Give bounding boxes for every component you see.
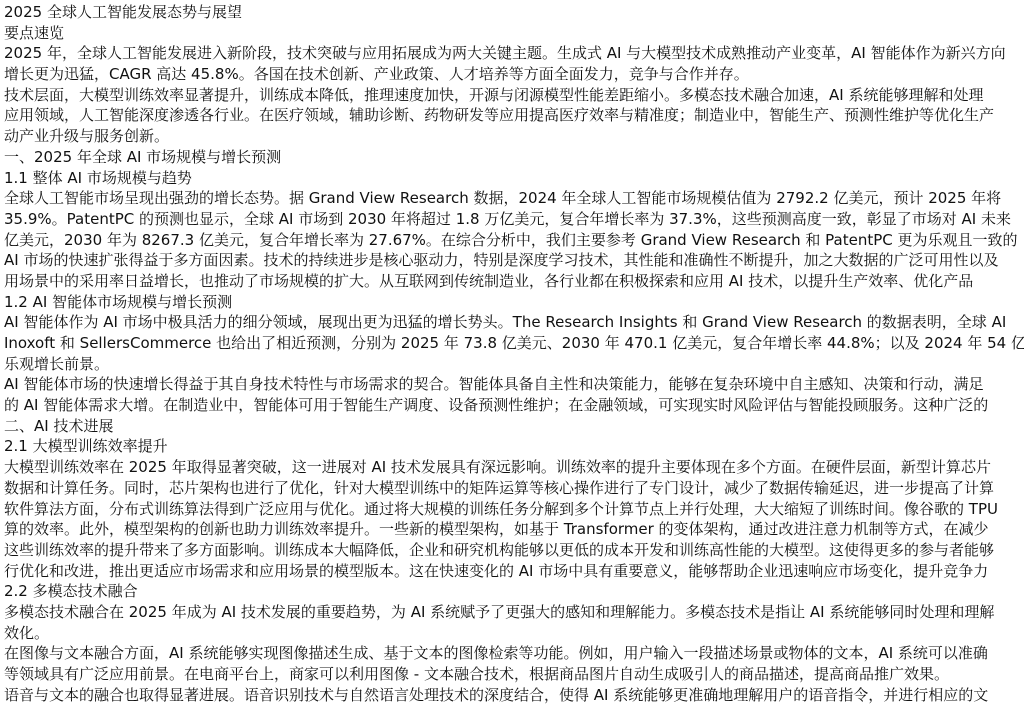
paragraph-text: AI 市场的快速扩张得益于多方面因素。技术的持续进步是核心驱动力，特别是深度学习…: [4, 250, 998, 271]
paragraph-line: 算的效率。此外，模型架构的创新也助力训练效率提升。一些新的模型架构，如基于 Tr…: [4, 519, 1024, 540]
document-page: 2025 全球人工智能发展态势与展望 要点速览 2025 年，全球人工智能发展进…: [0, 0, 1024, 707]
paragraph-line: AI 市场的快速扩张得益于多方面因素。技术的持续进步是核心驱动力，特别是深度学习…: [4, 250, 1024, 271]
title-text: 2025 全球人工智能发展态势与展望: [4, 2, 242, 23]
paragraph-text: 在图像与文本融合方面，AI 系统能够实现图像描述生成、基于文本的图像检索等功能。…: [4, 643, 988, 664]
heading-section-1-2: 1.2 AI 智能体市场规模与增长预测: [4, 292, 1024, 313]
paragraph-text: 乐观增长前景。: [4, 354, 109, 375]
paragraph-line: 数据和计算任务。同时，芯片架构也进行了优化，针对大模型训练中的矩阵运算等核心操作…: [4, 478, 1024, 499]
heading-text: 二、AI 技术进展: [4, 416, 113, 437]
paragraph-line: 的 AI 智能体需求大增。在制造业中，智能体可用于智能生产调度、设备预测性维护；…: [4, 395, 1024, 416]
paragraph-line: 技术层面，大模型训练效率显著提升，训练成本降低，推理速度加快，开源与闭源模型性能…: [4, 85, 1024, 106]
document-title: 2025 全球人工智能发展态势与展望: [4, 2, 1024, 23]
paragraph-text: 行优化和改进，推出更适应市场需求和应用场景的模型版本。这在快速变化的 AI 市场…: [4, 561, 988, 582]
heading-text: 2.2 多模态技术融合: [4, 581, 138, 602]
paragraph-line: 大模型训练效率在 2025 年取得显著突破，这一进展对 AI 技术发展具有深远影…: [4, 457, 1024, 478]
paragraph-line: 应用领域，人工智能深度渗透各行业。在医疗领域，辅助诊断、药物研发等应用提高医疗效…: [4, 105, 1024, 126]
paragraph-text: 效化。: [4, 623, 49, 644]
paragraph-line: 软件算法方面，分布式训练算法得到广泛应用与优化。通过将大规模的训练任务分解到多个…: [4, 499, 1024, 520]
paragraph-text: 语音与文本的融合也取得显著进展。语音识别技术与自然语言处理技术的深度结合，使得 …: [4, 685, 988, 706]
paragraph-line: 用场景中的采用率日益增长，也推动了市场规模的扩大。从互联网到传统制造业，各行业都…: [4, 271, 1024, 292]
paragraph-text: 的 AI 智能体需求大增。在制造业中，智能体可用于智能生产调度、设备预测性维护；…: [4, 395, 988, 416]
paragraph-text: 2025 年，全球人工智能发展进入新阶段，技术突破与应用拓展成为两大关键主题。生…: [4, 43, 1006, 64]
heading-section-2: 二、AI 技术进展: [4, 416, 1024, 437]
paragraph-text: AI 智能体市场的快速增长得益于其自身技术特性与市场需求的契合。智能体具备自主性…: [4, 374, 983, 395]
paragraph-line: 乐观增长前景。: [4, 354, 1024, 375]
paragraph-line: 语音与文本的融合也取得显著进展。语音识别技术与自然语言处理技术的深度结合，使得 …: [4, 685, 1024, 706]
heading-overview: 要点速览: [4, 23, 1024, 44]
paragraph-line: 这些训练效率的提升带来了多方面影响。训练成本大幅降低，企业和研究机构能够以更低的…: [4, 540, 1024, 561]
paragraph-text: 用场景中的采用率日益增长，也推动了市场规模的扩大。从互联网到传统制造业，各行业都…: [4, 271, 973, 292]
paragraph-line: 动产业升级与服务创新。: [4, 126, 1024, 147]
paragraph-text: 亿美元，2030 年为 8267.3 亿美元，复合年增长率为 27.67%。在综…: [4, 230, 1018, 251]
paragraph-line: 2025 年，全球人工智能发展进入新阶段，技术突破与应用拓展成为两大关键主题。生…: [4, 43, 1024, 64]
paragraph-line: 行优化和改进，推出更适应市场需求和应用场景的模型版本。这在快速变化的 AI 市场…: [4, 561, 1024, 582]
paragraph-text: 大模型训练效率在 2025 年取得显著突破，这一进展对 AI 技术发展具有深远影…: [4, 457, 991, 478]
paragraph-text: 动产业升级与服务创新。: [4, 126, 169, 147]
paragraph-line: 等领域具有广泛应用前景。在电商平台上，商家可以利用图像 - 文本融合技术，根据商…: [4, 664, 1024, 685]
paragraph-text: 这些训练效率的提升带来了多方面影响。训练成本大幅降低，企业和研究机构能够以更低的…: [4, 540, 994, 561]
paragraph-text: 软件算法方面，分布式训练算法得到广泛应用与优化。通过将大规模的训练任务分解到多个…: [4, 499, 998, 520]
heading-text: 1.2 AI 智能体市场规模与增长预测: [4, 292, 232, 313]
paragraph-text: 全球人工智能市场呈现出强劲的增长态势。据 Grand View Research…: [4, 188, 1001, 209]
paragraph-text: 多模态技术融合在 2025 年成为 AI 技术发展的重要趋势，为 AI 系统赋予…: [4, 602, 994, 623]
paragraph-text: 应用领域，人工智能深度渗透各行业。在医疗领域，辅助诊断、药物研发等应用提高医疗效…: [4, 105, 994, 126]
paragraph-line: 在图像与文本融合方面，AI 系统能够实现图像描述生成、基于文本的图像检索等功能。…: [4, 643, 1024, 664]
paragraph-text: AI 智能体作为 AI 市场中极具活力的细分领域，展现出更为迅猛的增长势头。Th…: [4, 312, 1006, 333]
paragraph-line: 全球人工智能市场呈现出强劲的增长态势。据 Grand View Research…: [4, 188, 1024, 209]
heading-text: 2.1 大模型训练效率提升: [4, 436, 168, 457]
heading-section-1-1: 1.1 整体 AI 市场规模与趋势: [4, 168, 1024, 189]
paragraph-line: 亿美元，2030 年为 8267.3 亿美元，复合年增长率为 27.67%。在综…: [4, 230, 1024, 251]
paragraph-text: Inoxoft 和 SellersCommerce 也给出了相近预测，分别为 2…: [4, 333, 1024, 354]
heading-text: 要点速览: [4, 23, 64, 44]
heading-text: 一、2025 年全球 AI 市场规模与增长预测: [4, 147, 281, 168]
heading-section-2-1: 2.1 大模型训练效率提升: [4, 436, 1024, 457]
paragraph-text: 技术层面，大模型训练效率显著提升，训练成本降低，推理速度加快，开源与闭源模型性能…: [4, 85, 983, 106]
paragraph-line: Inoxoft 和 SellersCommerce 也给出了相近预测，分别为 2…: [4, 333, 1024, 354]
heading-section-2-2: 2.2 多模态技术融合: [4, 581, 1024, 602]
paragraph-line: 效化。: [4, 623, 1024, 644]
paragraph-text: 35.9%。PatentPC 的预测也显示，全球 AI 市场到 2030 年将超…: [4, 209, 1011, 230]
paragraph-text: 数据和计算任务。同时，芯片架构也进行了优化，针对大模型训练中的矩阵运算等核心操作…: [4, 478, 994, 499]
paragraph-line: 多模态技术融合在 2025 年成为 AI 技术发展的重要趋势，为 AI 系统赋予…: [4, 602, 1024, 623]
paragraph-line: AI 智能体作为 AI 市场中极具活力的细分领域，展现出更为迅猛的增长势头。Th…: [4, 312, 1024, 333]
paragraph-line: 增长更为迅猛，CAGR 高达 45.8%。各国在技术创新、产业政策、人才培养等方…: [4, 64, 1024, 85]
paragraph-line: AI 智能体市场的快速增长得益于其自身技术特性与市场需求的契合。智能体具备自主性…: [4, 374, 1024, 395]
paragraph-text: 算的效率。此外，模型架构的创新也助力训练效率提升。一些新的模型架构，如基于 Tr…: [4, 519, 989, 540]
paragraph-text: 增长更为迅猛，CAGR 高达 45.8%。各国在技术创新、产业政策、人才培养等方…: [4, 64, 749, 85]
paragraph-text: 等领域具有广泛应用前景。在电商平台上，商家可以利用图像 - 文本融合技术，根据商…: [4, 664, 949, 685]
heading-section-1: 一、2025 年全球 AI 市场规模与增长预测: [4, 147, 1024, 168]
heading-text: 1.1 整体 AI 市场规模与趋势: [4, 168, 192, 189]
paragraph-line: 35.9%。PatentPC 的预测也显示，全球 AI 市场到 2030 年将超…: [4, 209, 1024, 230]
